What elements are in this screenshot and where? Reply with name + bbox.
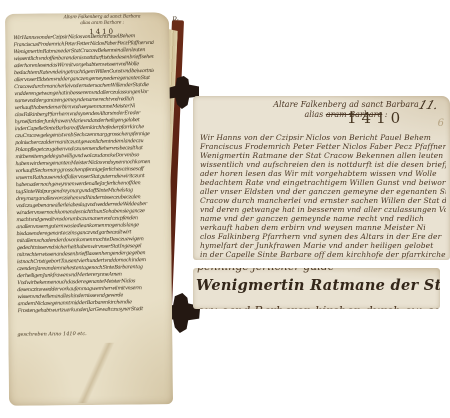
page-folio-flourish: p. bbox=[172, 16, 179, 22]
crop-year-1410: 1410 bbox=[347, 109, 405, 127]
crop-heading-line2-prefix: alias bbox=[305, 110, 324, 119]
strip-bottom-fragment: czu sand Barbaren kirchen durch ew gebet… bbox=[197, 304, 440, 309]
page-header-line2: alias aram Barbare : bbox=[39, 20, 165, 27]
crop-text-line: ader horen lesen das Wir mit vorgehabtem… bbox=[200, 169, 446, 178]
crop-text-block: Wir Hanns von der Czipsir Niclos von Ber… bbox=[200, 133, 446, 260]
crop-text-line: Wir Hanns von der Czipsir Niclos von Ber… bbox=[200, 133, 446, 142]
page-crease bbox=[22, 342, 173, 404]
crop-text-line: in der Capelle Sinte Barbare off dem kir… bbox=[200, 250, 446, 259]
manuscript-screenshot: Altare Falkenberg ad sanct Barbara alias… bbox=[0, 0, 450, 418]
detail-crop-top: Altare Falkenberg ad sanct Barbara alias… bbox=[193, 96, 450, 260]
crop-text-line: czu Cracow gelegen ist vmb Sechczen marg… bbox=[200, 259, 446, 260]
page-text-block: Wir Hanns von der Czipsir Niclos von Ber… bbox=[13, 33, 158, 331]
crop-text-line: Wenigmertin Ratmane der Stat Cracow Beke… bbox=[200, 151, 446, 160]
crop-text-line: verkauft haben dem erbirn vnd weysen man… bbox=[200, 223, 446, 232]
manuscript-page: Altare Falkenberg ad sanct Barbara alias… bbox=[5, 12, 173, 406]
pencil-mark: 6 bbox=[438, 118, 444, 129]
crop-text-line: clos Falkinberg Pfarrhern vnd synen des … bbox=[200, 232, 446, 241]
crop-text-line: Franciscus Frodemrich Peter Fetter Niclo… bbox=[200, 142, 446, 151]
folio-number: 11. bbox=[417, 98, 441, 112]
detail-crop-bottom: penninge jerlicher gulde Wenigmertin Rat… bbox=[193, 268, 440, 309]
strip-main-line: Wenigmertin Ratmane der Stat Cracow bbox=[196, 277, 440, 294]
page-colophon: geschreben Anno 1410 etc. bbox=[17, 331, 86, 338]
crop-text-line: Cracow durch mancherlei vnd ernster sach… bbox=[200, 196, 446, 205]
manuscript-book-photo: Altare Falkenberg ad sanct Barbara alias… bbox=[0, 0, 205, 418]
crop-text-line: aller vnser Eldsten vnd der ganczen geme… bbox=[200, 187, 446, 196]
crop-text-line: vnd deren getwange hat in besserem vnd a… bbox=[200, 205, 446, 214]
crop-text-line: wissentlich vnd aufschreien den is nottd… bbox=[200, 160, 446, 169]
crop-text-line: name vnd der ganczen gemeynde name recht… bbox=[200, 214, 446, 223]
crop-text-line: hymelfart der Junkfrawen Marie vnd ander… bbox=[200, 241, 446, 250]
page-text-line: Frosten gehabt wurtzuerkunden Jar Gewalt… bbox=[18, 306, 158, 315]
strip-top-fragment: penninge jerlicher gulde bbox=[197, 268, 334, 273]
crop-text-line: bedachtem Rate vnd eingetrachtigem Wille… bbox=[200, 178, 446, 187]
